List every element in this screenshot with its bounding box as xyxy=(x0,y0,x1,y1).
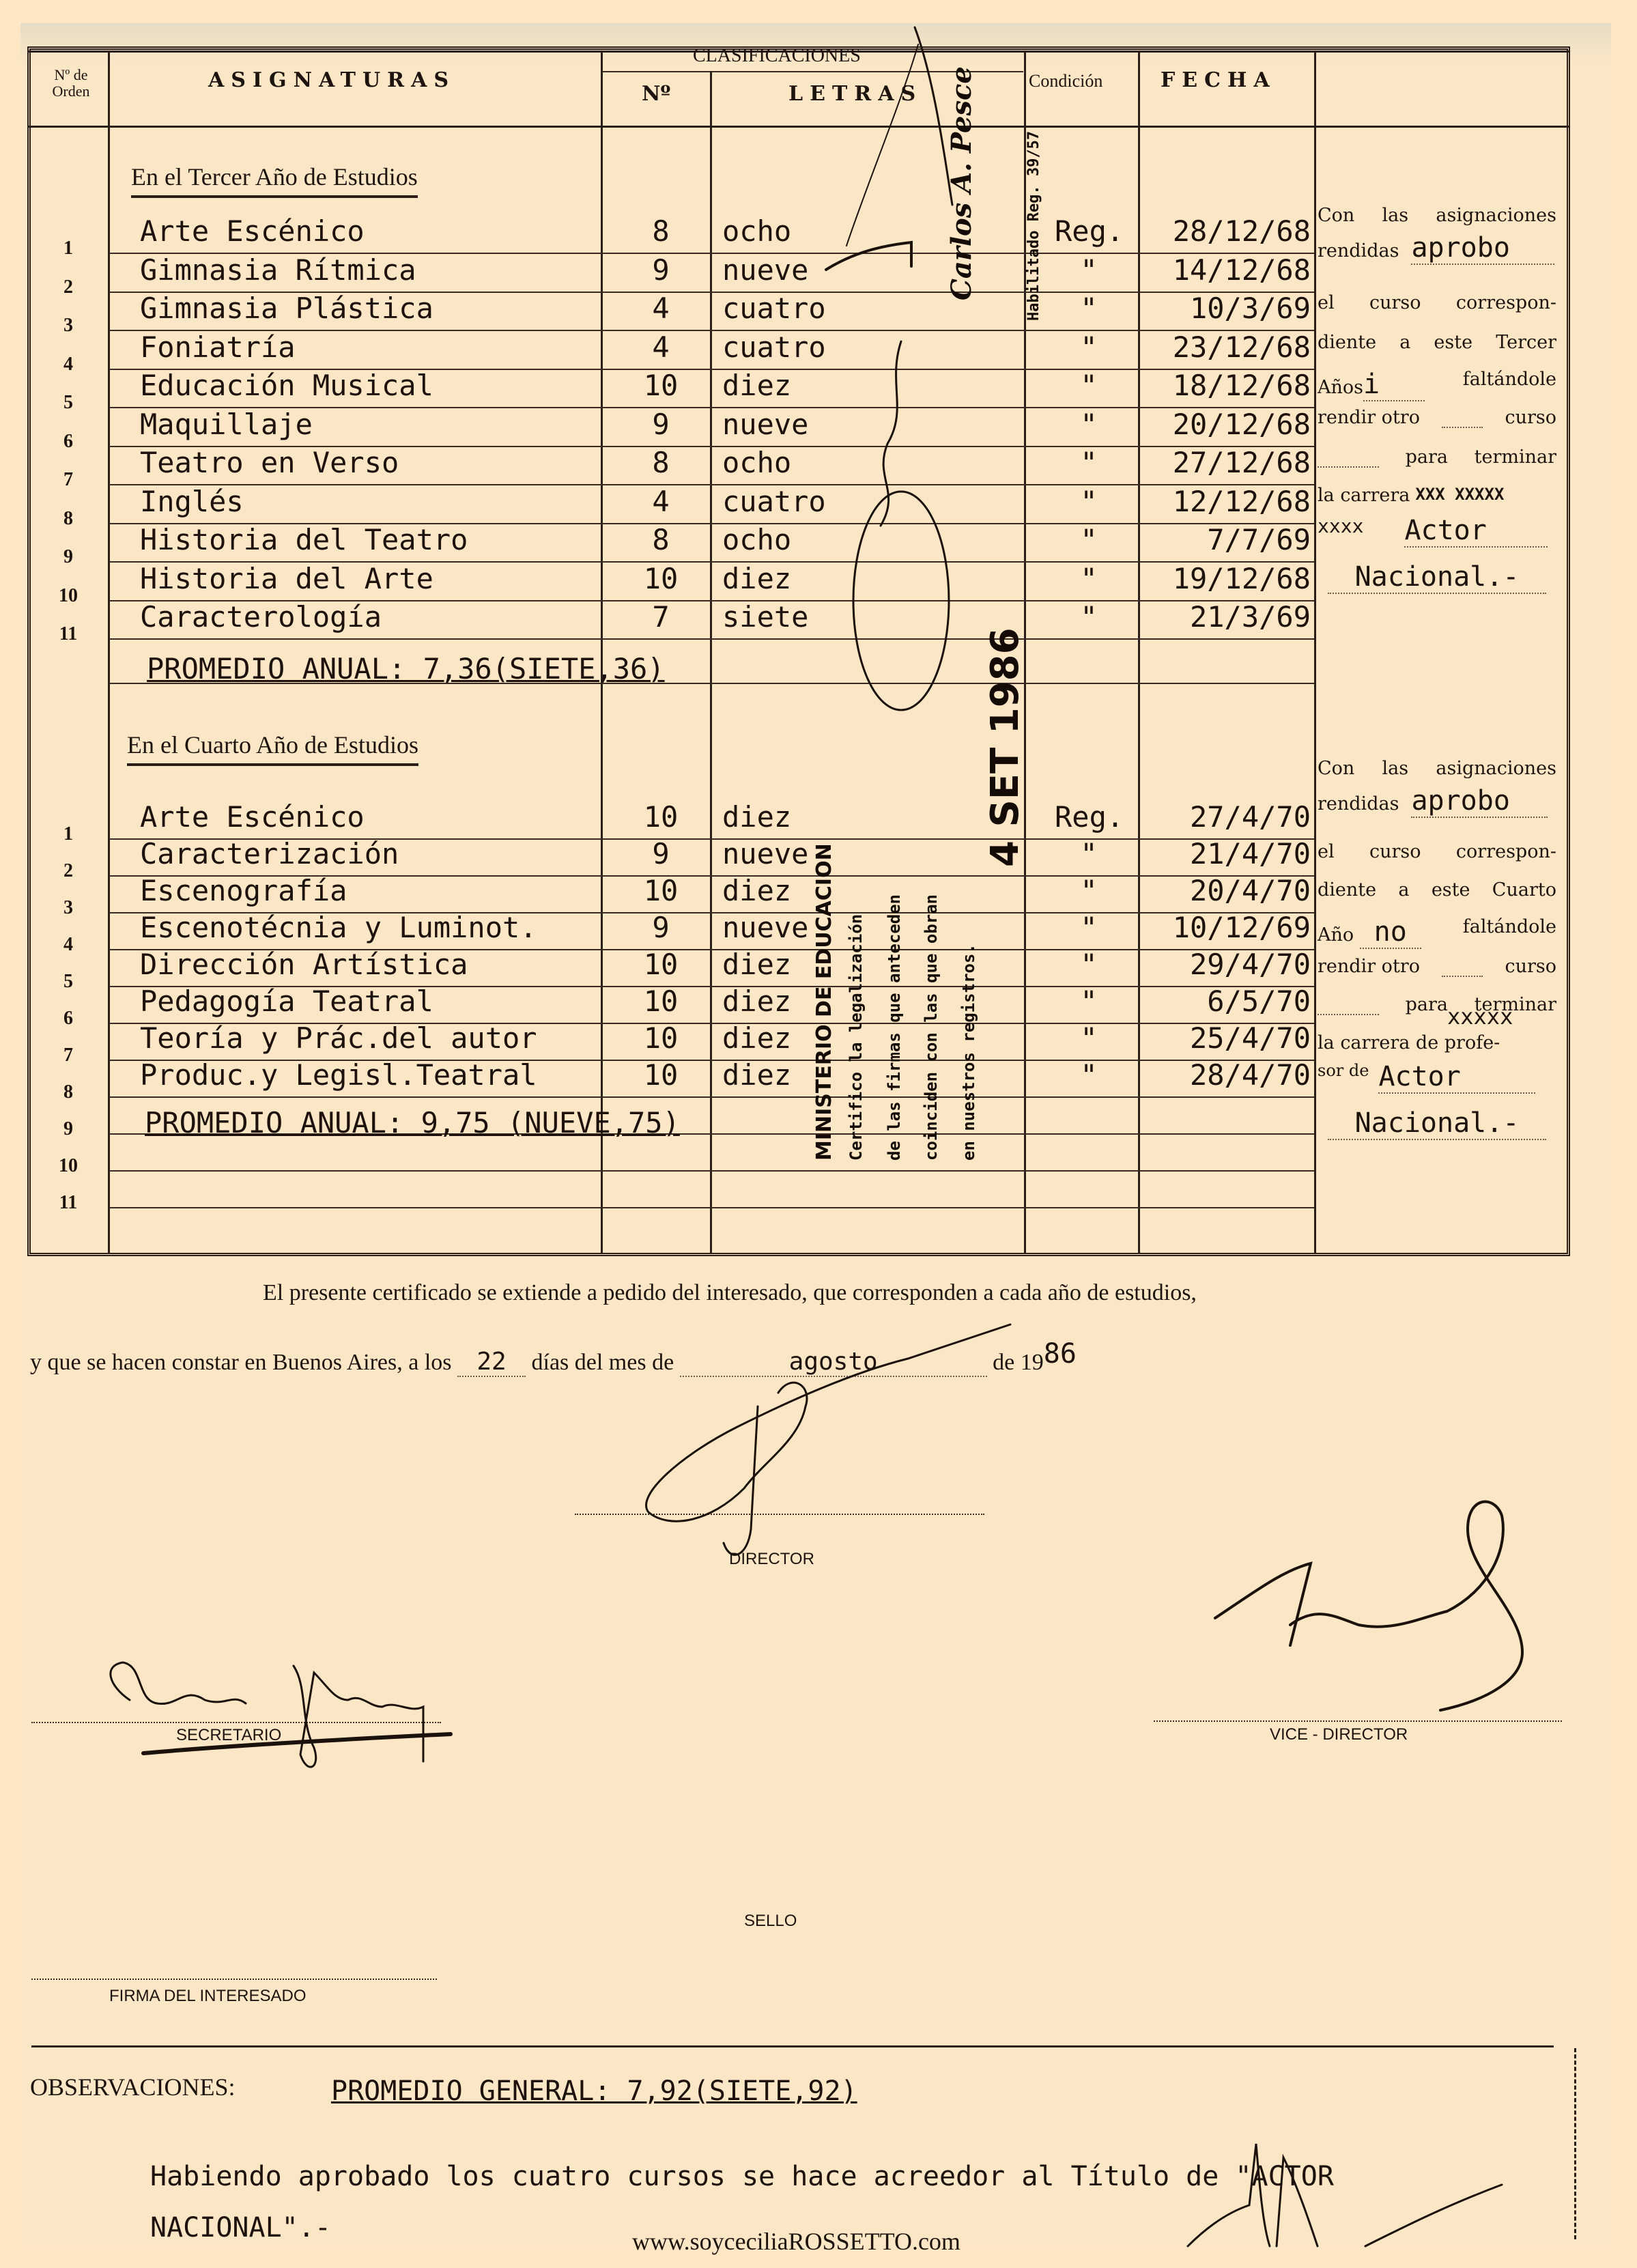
certificate-month: agosto xyxy=(680,1348,987,1377)
vice-director-label: VICE - DIRECTOR xyxy=(1270,1725,1408,1744)
third-year-average: PROMEDIO ANUAL: 7,36(SIETE,36) xyxy=(147,652,665,685)
note-word: para xyxy=(1406,446,1448,468)
order-number: 9 xyxy=(48,546,89,568)
note-word: este xyxy=(1434,332,1472,353)
order-header-line2: Orden xyxy=(38,83,104,100)
note-word: las xyxy=(1382,758,1409,779)
order-number: 8 xyxy=(48,508,89,530)
condition: Reg. xyxy=(1055,800,1123,834)
grade-letters: nueve xyxy=(722,911,808,944)
subject-name: Arte Escénico xyxy=(140,800,365,834)
condition: " xyxy=(1055,446,1123,479)
note-word: este xyxy=(1432,879,1470,901)
condition: " xyxy=(1055,408,1123,441)
note-word: asignaciones xyxy=(1436,205,1556,226)
observations-right-border xyxy=(1574,2048,1576,2239)
grade-number: 7 xyxy=(634,600,688,634)
exam-date: 19/12/68 xyxy=(1154,562,1311,595)
subject-name: Escenotécnia y Luminot. xyxy=(140,911,537,944)
grade-number: 10 xyxy=(634,984,688,1018)
order-number: 4 xyxy=(48,354,89,375)
certificate-text: de 19 xyxy=(993,1350,1044,1375)
grade-letters: diez xyxy=(722,984,791,1018)
third-year-title: En el Tercer Año de Estudios xyxy=(131,162,418,198)
grade-number: 9 xyxy=(634,408,688,441)
exam-date: 27/4/70 xyxy=(1154,800,1311,834)
grade-letters: diez xyxy=(722,948,791,981)
grade-number: 10 xyxy=(634,874,688,907)
grade-number: 9 xyxy=(634,911,688,944)
ministry-stamp-line: coinciden con las que obran xyxy=(922,894,941,1161)
note-strikeout: xxxx xyxy=(1318,515,1363,548)
grade-number: 4 xyxy=(634,292,688,325)
secretary-signature-line xyxy=(31,1722,441,1723)
order-number: 6 xyxy=(48,431,89,453)
note-word: a xyxy=(1399,332,1410,353)
grade-number: 10 xyxy=(634,1058,688,1092)
order-number: 5 xyxy=(48,971,89,993)
subject-name: Caracterología xyxy=(140,600,382,634)
observations-text-line-1: Habiendo aprobado los cuatro cursos se h… xyxy=(150,2161,1334,2192)
grade-letters: cuatro xyxy=(722,485,826,518)
note-blank xyxy=(1442,956,1483,977)
exam-date: 28/12/68 xyxy=(1154,214,1311,248)
col-divider-condition xyxy=(1138,52,1140,1253)
exam-date: 20/4/70 xyxy=(1154,874,1311,907)
note-word: las xyxy=(1382,205,1409,226)
ministry-stamp-line: Certifico la legalización xyxy=(846,914,866,1161)
subject-name: Dirección Artística xyxy=(140,948,468,981)
subject-name: Escenografía xyxy=(140,874,347,907)
note-word: sor de xyxy=(1318,1061,1369,1094)
condition: " xyxy=(1055,292,1123,325)
subject-name: Arte Escénico xyxy=(140,214,365,248)
subject-name: Educación Musical xyxy=(140,369,433,402)
certificate-line-2: y que se hacen constar en Buenos Aires, … xyxy=(30,1345,1077,1377)
fourth-year-title: En el Cuarto Año de Estudios xyxy=(127,731,418,766)
third-year-note: Conlasasignaciones rendidasaprobo elcurs… xyxy=(1318,205,1556,628)
note-answer: i xyxy=(1363,369,1425,401)
seal-label: SELLO xyxy=(744,1912,797,1931)
note-word: rendidas xyxy=(1318,793,1399,818)
classifications-header: CLASIFICACIONES xyxy=(693,45,861,67)
grade-letters: ocho xyxy=(722,523,791,556)
note-word: Años xyxy=(1318,377,1363,398)
number-header: Nº xyxy=(642,82,670,106)
exam-date: 25/4/70 xyxy=(1154,1021,1311,1055)
subject-name: Historia del Teatro xyxy=(140,523,468,556)
order-number: 4 xyxy=(48,934,89,956)
note-word: a xyxy=(1398,879,1409,901)
order-number: 3 xyxy=(48,315,89,337)
note-blank xyxy=(1442,407,1483,428)
condition: " xyxy=(1055,485,1123,518)
note-word: correspon- xyxy=(1456,292,1556,313)
col-divider-order xyxy=(108,52,110,1253)
notary-registration-stamp: Habilitado Reg. 39/57 xyxy=(1025,131,1042,321)
date-header: FECHA xyxy=(1161,68,1277,92)
director-label: DIRECTOR xyxy=(729,1550,814,1569)
row-line xyxy=(109,1207,1314,1208)
grade-number: 10 xyxy=(634,369,688,402)
condition: " xyxy=(1055,369,1123,402)
condition: " xyxy=(1055,562,1123,595)
grade-letters: diez xyxy=(722,874,791,907)
row-line xyxy=(109,638,1314,640)
exam-date: 21/3/69 xyxy=(1154,600,1311,634)
note-word: curso xyxy=(1505,407,1556,428)
condition: " xyxy=(1055,600,1123,634)
note-approved: aprobo xyxy=(1411,785,1548,818)
subject-name: Caracterización xyxy=(140,837,399,870)
note-word: rendir otro xyxy=(1318,956,1420,977)
subject-name: Teoría y Prác.del autor xyxy=(140,1021,537,1055)
exam-date: 29/4/70 xyxy=(1154,948,1311,981)
condition: " xyxy=(1055,911,1123,944)
director-signature-line xyxy=(575,1514,984,1515)
exam-date: 7/7/69 xyxy=(1154,523,1311,556)
exam-date: 12/12/68 xyxy=(1154,485,1311,518)
note-word: Cuarto xyxy=(1492,879,1556,901)
observations-text-line-2: NACIONAL".- xyxy=(150,2212,331,2243)
order-number: 2 xyxy=(48,277,89,298)
order-number: 2 xyxy=(48,860,89,882)
subject-name: Maquillaje xyxy=(140,408,313,441)
note-word: correspon- xyxy=(1456,841,1556,862)
condition: " xyxy=(1055,253,1123,287)
order-number: 10 xyxy=(48,585,89,607)
note-word: rendir otro xyxy=(1318,407,1420,428)
header-bottom-line xyxy=(27,126,1570,128)
exam-date: 6/5/70 xyxy=(1154,984,1311,1018)
ministry-stamp-title: MINISTERIO DE EDUCACION xyxy=(812,843,836,1161)
certificate-text: días del mes de xyxy=(532,1350,674,1375)
note-word: terminar xyxy=(1475,446,1556,468)
certificate-text: y que se hacen constar en Buenos Aires, … xyxy=(30,1350,452,1375)
col-divider-date xyxy=(1314,52,1316,1253)
note-word: Con xyxy=(1318,758,1354,779)
condition: " xyxy=(1055,1021,1123,1055)
row-line xyxy=(109,1096,1314,1098)
exam-date: 28/4/70 xyxy=(1154,1058,1311,1092)
note-answer: no xyxy=(1360,916,1421,949)
note-blank xyxy=(1318,994,1379,1015)
exam-date: 23/12/68 xyxy=(1154,330,1311,364)
watermark-link[interactable]: www.soyceciliaROSSETTO.com xyxy=(632,2227,960,2256)
grade-letters: siete xyxy=(722,600,808,634)
grade-number: 8 xyxy=(634,523,688,556)
ministry-stamp-line: en nuestros registros. xyxy=(959,944,978,1161)
note-word: para xyxy=(1406,994,1448,1015)
grade-letters: cuatro xyxy=(722,292,826,325)
note-approved: aprobo xyxy=(1411,232,1554,265)
observations-divider xyxy=(31,2045,1554,2047)
general-average: PROMEDIO GENERAL: 7,92(SIETE,92) xyxy=(331,2075,857,2107)
subject-name: Foniatría xyxy=(140,330,296,364)
note-word: diente xyxy=(1318,879,1376,901)
notary-signature-stamp: Carlos A. Pesce xyxy=(945,66,978,300)
condition: " xyxy=(1055,1058,1123,1092)
note-blank xyxy=(1318,446,1379,468)
note-career: Nacional.- xyxy=(1328,1107,1546,1140)
grade-number: 4 xyxy=(634,485,688,518)
note-word: asignaciones xyxy=(1436,758,1556,779)
note-word: diente xyxy=(1318,332,1376,353)
grade-number: 10 xyxy=(634,1021,688,1055)
observations-label: OBSERVACIONES: xyxy=(30,2073,236,2101)
exam-date: 27/12/68 xyxy=(1154,446,1311,479)
grade-letters: nueve xyxy=(722,837,808,870)
order-number: 10 xyxy=(48,1155,89,1177)
note-word: curso xyxy=(1369,292,1421,313)
ministry-stamp-line: de las firmas que anteceden xyxy=(885,894,904,1161)
order-number: 7 xyxy=(48,469,89,491)
note-strikeout: XXX XXXXX xyxy=(1415,485,1504,506)
letters-header: LETRAS xyxy=(788,82,922,106)
ministry-stamp-date: 4 SET 1986 xyxy=(983,627,1027,867)
order-header-line1: Nº de xyxy=(38,67,104,83)
subject-name: Gimnasia Plástica xyxy=(140,292,433,325)
certificate-line-1: El presente certificado se extiende a pe… xyxy=(263,1280,1197,1306)
grade-number: 10 xyxy=(634,562,688,595)
grade-number: 9 xyxy=(634,253,688,287)
condition: " xyxy=(1055,330,1123,364)
condition: " xyxy=(1055,984,1123,1018)
note-career: Actor xyxy=(1378,1061,1535,1094)
exam-date: 10/12/69 xyxy=(1154,911,1311,944)
order-number: 5 xyxy=(48,392,89,414)
grade-number: 10 xyxy=(634,800,688,834)
grade-number: 4 xyxy=(634,330,688,364)
row-line xyxy=(109,484,1314,485)
certificate-year: 86 xyxy=(1044,1338,1077,1370)
exam-date: 18/12/68 xyxy=(1154,369,1311,402)
certificate-day: 22 xyxy=(457,1348,526,1377)
grade-letters: diez xyxy=(722,562,791,595)
note-strikeout: xxxxx xyxy=(1447,1004,1513,1030)
order-header: Nº de Orden xyxy=(38,67,104,100)
subject-name: Pedagogía Teatral xyxy=(140,984,433,1018)
order-number: 1 xyxy=(48,823,89,845)
note-word: faltándole xyxy=(1463,916,1556,949)
grade-number: 8 xyxy=(634,214,688,248)
grade-letters: diez xyxy=(722,1058,791,1092)
third-year-average-line xyxy=(109,683,1314,684)
note-word: Año xyxy=(1318,924,1354,946)
exam-date: 10/3/69 xyxy=(1154,292,1311,325)
condition: Reg. xyxy=(1055,214,1123,248)
subjects-header: ASIGNATURAS xyxy=(208,68,455,92)
subject-name: Inglés xyxy=(140,485,244,518)
order-number: 7 xyxy=(48,1045,89,1066)
grade-letters: nueve xyxy=(722,253,808,287)
subject-name: Produc.y Legisl.Teatral xyxy=(140,1058,537,1092)
exam-date: 20/12/68 xyxy=(1154,408,1311,441)
grade-number: 10 xyxy=(634,948,688,981)
note-word: Tercer xyxy=(1496,332,1556,353)
condition: " xyxy=(1055,874,1123,907)
condition: " xyxy=(1055,948,1123,981)
order-number: 9 xyxy=(48,1118,89,1140)
note-word: curso xyxy=(1505,956,1556,977)
condition: " xyxy=(1055,837,1123,870)
grade-letters: ocho xyxy=(722,214,791,248)
order-number: 6 xyxy=(48,1008,89,1030)
fourth-year-note: Conlasasignaciones rendidasaprobo elcurs… xyxy=(1318,758,1556,1167)
order-number: 11 xyxy=(48,623,89,645)
grade-letters: diez xyxy=(722,1021,791,1055)
condition: " xyxy=(1055,523,1123,556)
subject-name: Historia del Arte xyxy=(140,562,433,595)
exam-date: 21/4/70 xyxy=(1154,837,1311,870)
interested-signature-line xyxy=(31,1979,437,1980)
secretary-label: SECRETARIO xyxy=(176,1726,281,1745)
exam-date: 14/12/68 xyxy=(1154,253,1311,287)
grade-letters: diez xyxy=(722,369,791,402)
col-divider-number xyxy=(710,71,712,1253)
order-number: 3 xyxy=(48,897,89,919)
grade-letters: nueve xyxy=(722,408,808,441)
grade-number: 8 xyxy=(634,446,688,479)
condition-header: Condición xyxy=(1029,71,1102,91)
note-career: Actor xyxy=(1404,515,1548,548)
note-career: Nacional.- xyxy=(1328,561,1546,594)
grade-letters: cuatro xyxy=(722,330,826,364)
note-word: el xyxy=(1318,292,1335,313)
note-word: Con xyxy=(1318,205,1354,226)
note-word: faltándole xyxy=(1463,369,1556,401)
fourth-year-average: PROMEDIO ANUAL: 9,75 (NUEVE,75) xyxy=(145,1106,680,1139)
interested-label: FIRMA DEL INTERESADO xyxy=(109,1987,307,2006)
subject-name: Teatro en Verso xyxy=(140,446,399,479)
row-line xyxy=(109,1170,1314,1172)
grade-number: 9 xyxy=(634,837,688,870)
note-word: rendidas xyxy=(1318,240,1399,265)
order-number: 8 xyxy=(48,1081,89,1103)
order-number: 11 xyxy=(48,1192,89,1214)
order-number: 1 xyxy=(48,238,89,259)
note-word: la carrera xyxy=(1318,485,1410,506)
note-word: la carrera de profe- xyxy=(1318,1032,1500,1053)
subject-name: Gimnasia Rítmica xyxy=(140,253,416,287)
grade-letters: ocho xyxy=(722,446,791,479)
vice-director-signature-line xyxy=(1154,1720,1562,1722)
note-word: curso xyxy=(1369,841,1421,862)
note-word: el xyxy=(1318,841,1335,862)
grade-letters: diez xyxy=(722,800,791,834)
